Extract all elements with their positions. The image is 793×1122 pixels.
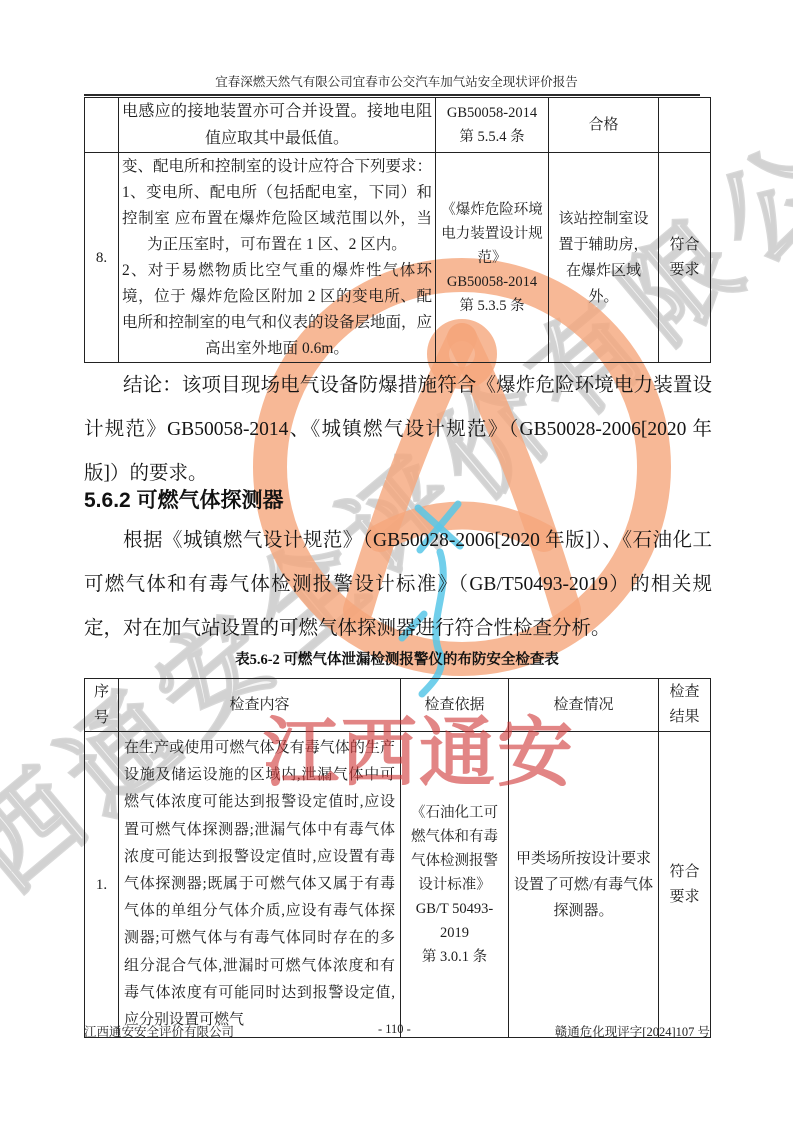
cell-check-result xyxy=(659,98,711,153)
header-result: 检查结果 xyxy=(659,679,711,732)
cell-check-result: 符合要求 xyxy=(659,732,711,1038)
electrical-check-table: 电感应的接地装置亦可合并设置。接地电阻值应取其中最低值。 GB50058-201… xyxy=(84,97,711,363)
document-page: 西通安全评价有限公司 宜春深燃天然气有限公司宜春市公交汽车加气站安全现状评价报告 xyxy=(0,0,793,1122)
cell-check-situation: 该站控制室设置于辅助房，在爆炸区域外。 xyxy=(549,153,659,363)
footer-company: 江西通安安全评价有限公司 xyxy=(84,1022,234,1040)
gas-detector-check-table: 序号 检查内容 检查依据 检查情况 检查结果 1. 在生产或使用可燃气体及有毒气… xyxy=(84,678,711,1038)
table-caption: 表5.6-2 可燃气体泄漏检测报警仪的布防安全检查表 xyxy=(84,648,710,669)
cell-check-basis: 《爆炸危险环境电力装置设计规范》 GB50058-2014 第 5.3.5 条 xyxy=(436,153,549,363)
table-row: 1. 在生产或使用可燃气体及有毒气体的生产设施及储运设施的区域内,泄漏气体中可燃… xyxy=(85,732,711,1038)
cell-no xyxy=(85,98,119,153)
cell-check-situation: 甲类场所按设计要求设置了可燃/有毒气体探测器。 xyxy=(509,732,659,1038)
table-row: 电感应的接地装置亦可合并设置。接地电阻值应取其中最低值。 GB50058-201… xyxy=(85,98,711,153)
footer-doc-number: 赣通危化现评字[2024]107 号 xyxy=(555,1022,710,1040)
header-rule xyxy=(84,94,700,96)
header-situation: 检查情况 xyxy=(509,679,659,732)
header-content: 检查内容 xyxy=(119,679,401,732)
header-no: 序号 xyxy=(85,679,119,732)
cell-check-basis: 《石油化工可燃气体和有毒气体检测报警设计标准》 GB/T 50493-2019 … xyxy=(401,732,509,1038)
conclusion-paragraph: 结论：该项目现场电气设备防爆措施符合《爆炸危险环境电力装置设计规范》GB5005… xyxy=(84,364,712,496)
section-intro-paragraph: 根据《城镇燃气设计规范》（GB50028-2006[2020 年版]）、《石油化… xyxy=(84,519,712,651)
page-content: 宜春深燃天然气有限公司宜春市公交汽车加气站安全现状评价报告 电感应的接地装置亦可… xyxy=(0,0,793,1122)
cell-check-result: 符合要求 xyxy=(659,153,711,363)
section-heading: 5.6.2 可燃气体探测器 xyxy=(84,484,284,514)
cell-check-basis: GB50058-2014 第 5.5.4 条 xyxy=(436,98,549,153)
footer-page-number: - 110 - xyxy=(378,1022,411,1040)
cell-check-content: 变、配电所和控制室的设计应符合下列要求： 1、变电所、配电所（包括配电室，下同）… xyxy=(119,153,436,363)
cell-no: 8. xyxy=(85,153,119,363)
header-basis: 检查依据 xyxy=(401,679,509,732)
cell-check-content: 在生产或使用可燃气体及有毒气体的生产设施及储运设施的区域内,泄漏气体中可燃气体浓… xyxy=(119,732,401,1038)
page-footer: 江西通安安全评价有限公司 - 110 - 赣通危化现评字[2024]107 号 xyxy=(84,1022,710,1040)
cell-no: 1. xyxy=(85,732,119,1038)
table-row: 8. 变、配电所和控制室的设计应符合下列要求： 1、变电所、配电所（包括配电室，… xyxy=(85,153,711,363)
cell-check-content: 电感应的接地装置亦可合并设置。接地电阻值应取其中最低值。 xyxy=(119,98,436,153)
cell-check-situation: 合格 xyxy=(549,98,659,153)
page-header-title: 宜春深燃天然气有限公司宜春市公交汽车加气站安全现状评价报告 xyxy=(0,72,793,90)
table-header-row: 序号 检查内容 检查依据 检查情况 检查结果 xyxy=(85,679,711,732)
